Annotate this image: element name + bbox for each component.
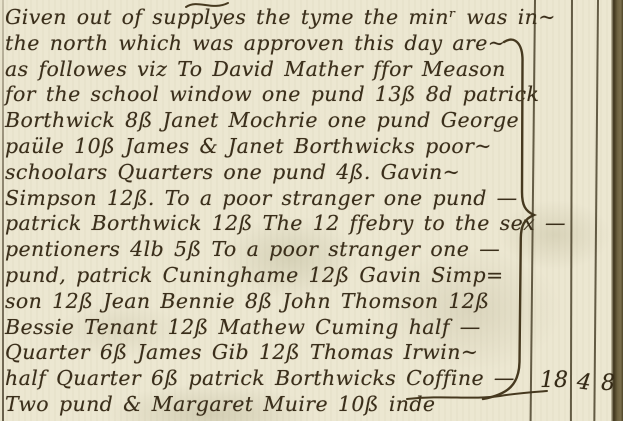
manuscript-line: pentioners 4lb 5ß To a poor stranger one… bbox=[5, 237, 550, 263]
manuscript-text-block: Given out of supplyes the tyme the minʳ … bbox=[5, 5, 550, 418]
manuscript-line: patrick Borthwick 12ß The 12 ffebry to t… bbox=[5, 211, 550, 237]
manuscript-line: Bessie Tenant 12ß Mathew Cuming half — bbox=[5, 315, 550, 341]
left-margin-rule bbox=[2, 0, 4, 421]
manuscript-line: as followes viz To David Mather ffor Mea… bbox=[5, 57, 550, 83]
manuscript-line: Borthwick 8ß Janet Mochrie one pund Geor… bbox=[5, 108, 550, 134]
manuscript-page: Given out of supplyes the tyme the minʳ … bbox=[0, 0, 623, 421]
manuscript-line: Given out of supplyes the tyme the minʳ … bbox=[5, 5, 550, 31]
manuscript-line: paüle 10ß James & Janet Borthwicks poor~ bbox=[5, 134, 550, 160]
manuscript-line: half Quarter 6ß patrick Borthwicks Coffi… bbox=[5, 366, 550, 392]
sum-pence: 8 bbox=[601, 371, 615, 396]
manuscript-line: Quarter 6ß James Gib 12ß Thomas Irwin~ bbox=[5, 340, 550, 366]
manuscript-line: schoolars Quarters one pund 4ß. Gavin~ bbox=[5, 160, 550, 186]
ledger-column-rule-shillings bbox=[570, 0, 573, 421]
manuscript-line: Two pund & Margaret Muire 10ß inde bbox=[5, 392, 550, 418]
sum-shillings: 4 bbox=[575, 369, 592, 396]
manuscript-line: pund, patrick Cuninghame 12ß Gavin Simp= bbox=[5, 263, 550, 289]
page-edge-band bbox=[611, 0, 623, 421]
manuscript-line: the north which was approven this day ar… bbox=[5, 31, 550, 57]
manuscript-line: for the school window one pund 13ß 8d pa… bbox=[5, 82, 550, 108]
sum-pounds: 18 bbox=[540, 368, 568, 393]
manuscript-line: son 12ß Jean Bennie 8ß John Thomson 12ß bbox=[5, 289, 550, 315]
manuscript-line: Simpson 12ß. To a poor stranger one pund… bbox=[5, 186, 550, 212]
ledger-column-rule-pence bbox=[593, 0, 599, 421]
